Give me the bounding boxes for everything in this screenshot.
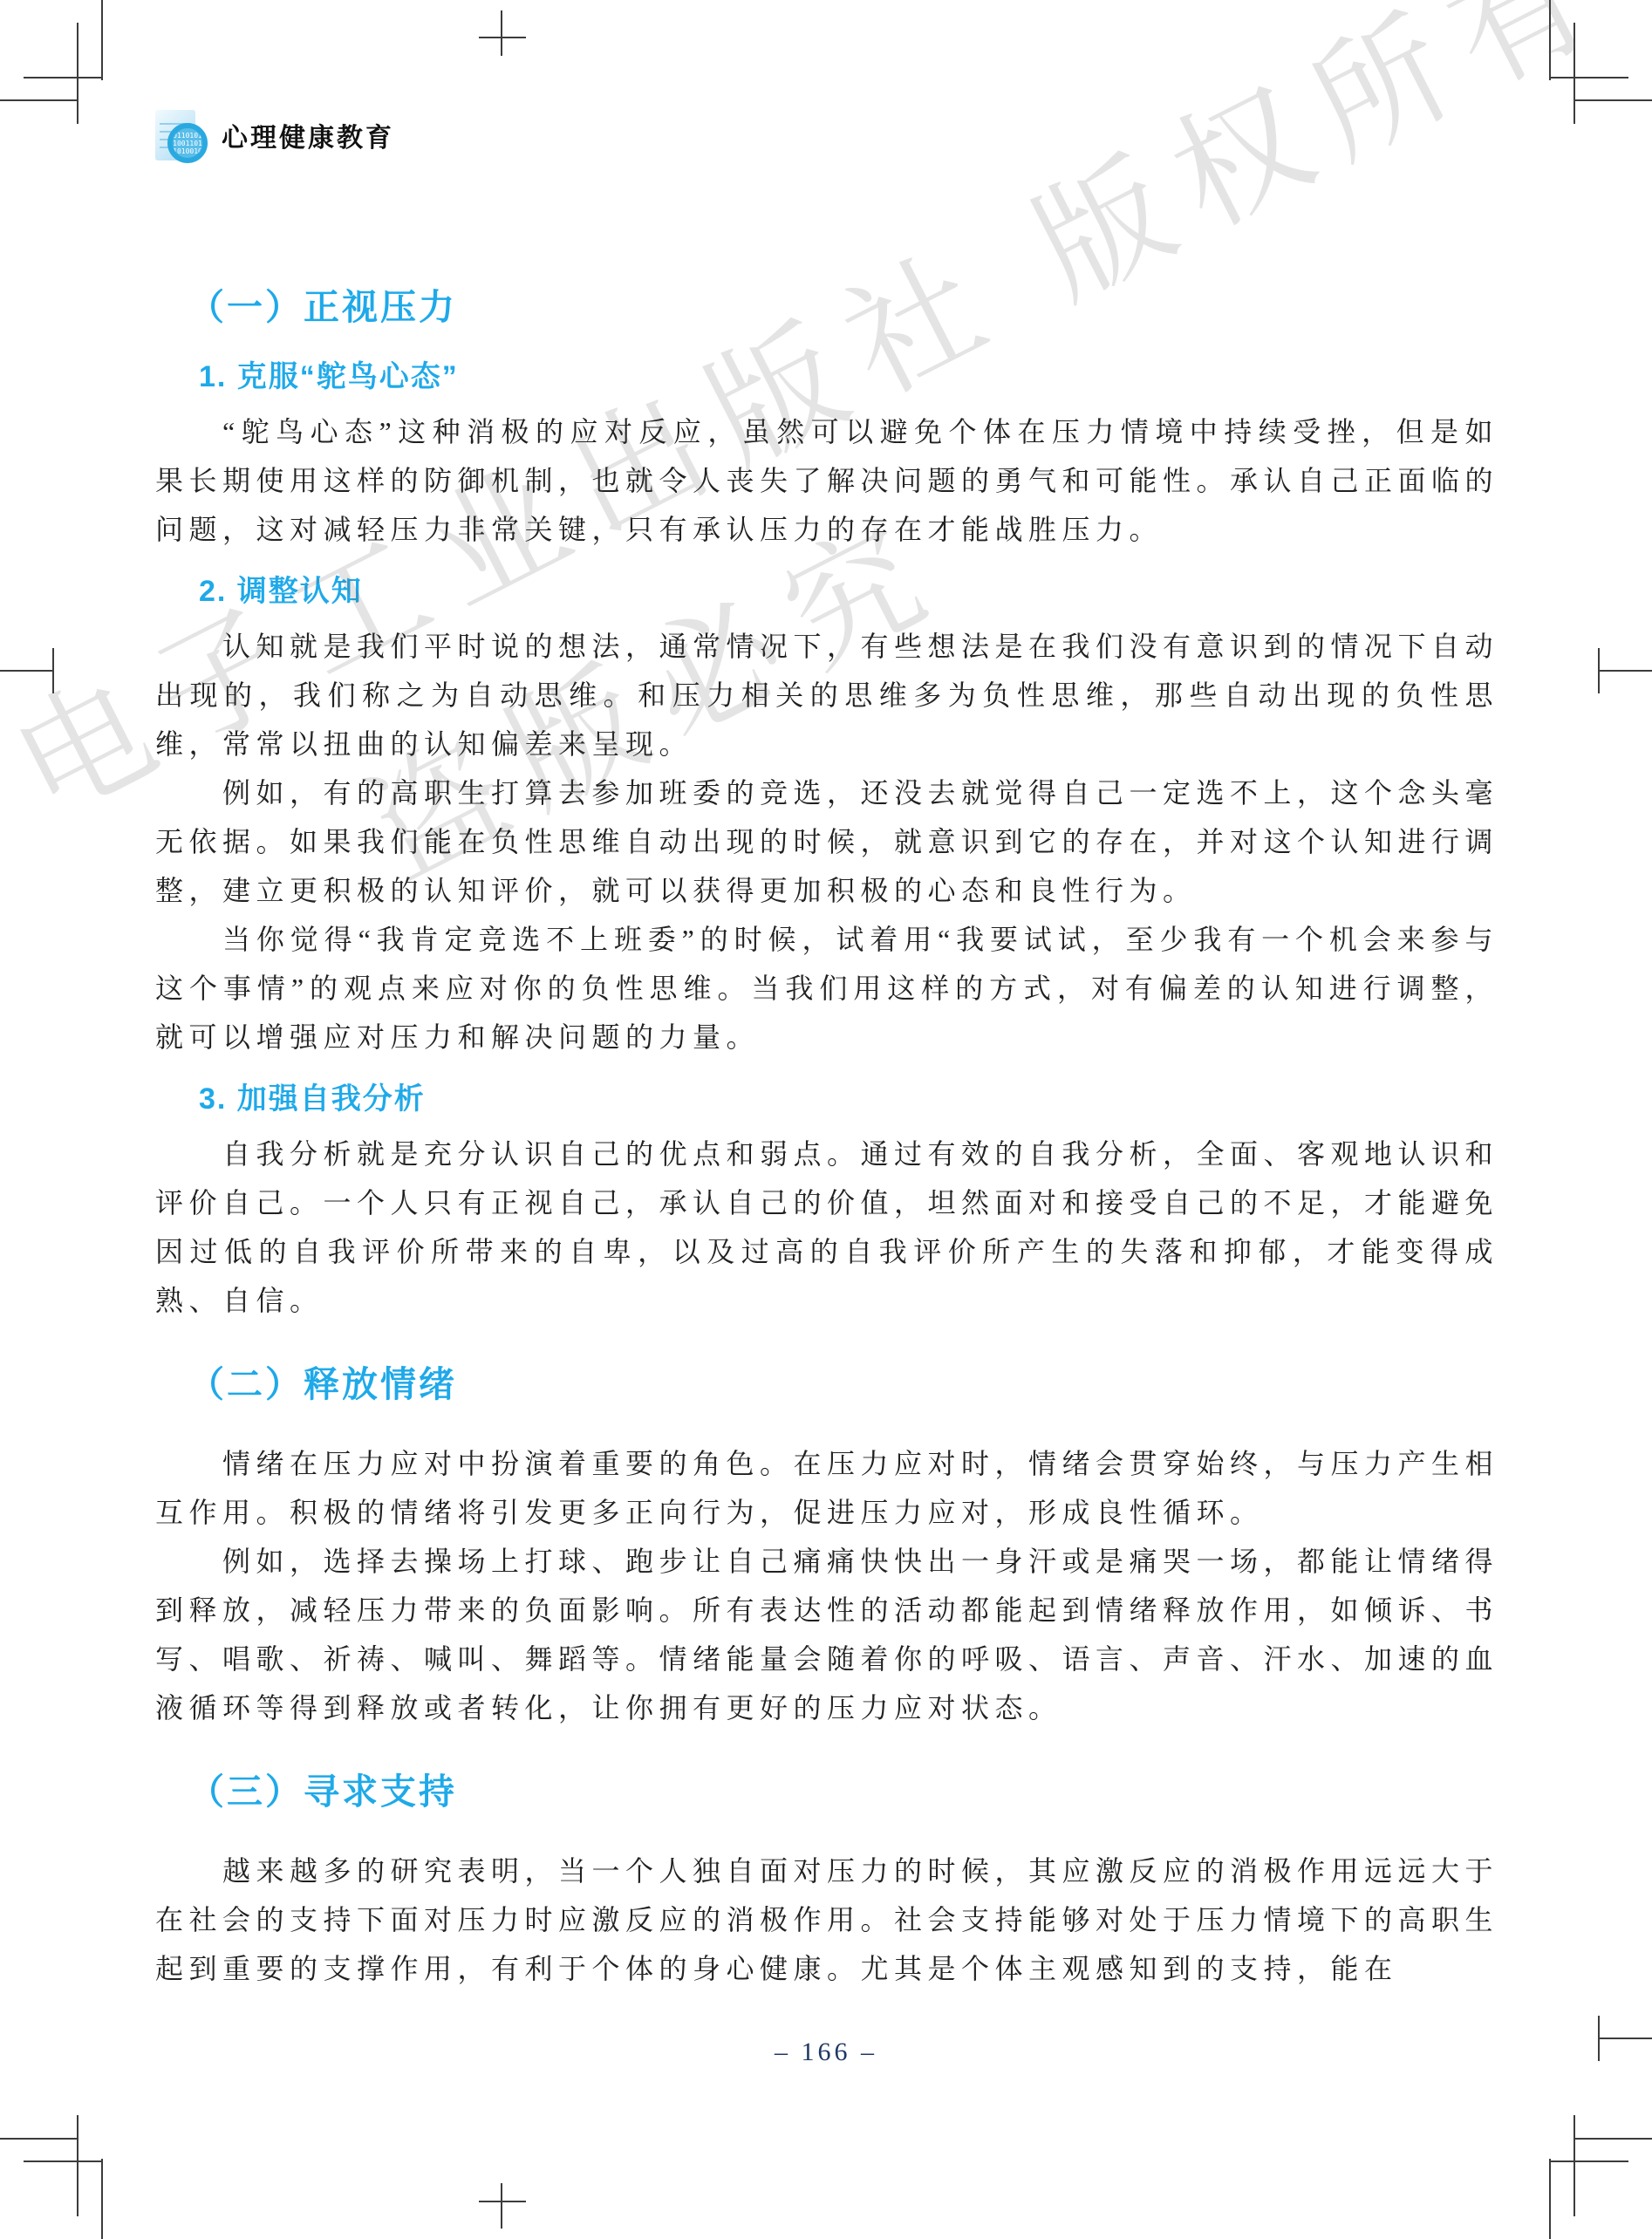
crop-mark [1598,670,1652,672]
crop-mark [77,23,79,124]
page-header: 0110101 1001101 1010010 心理健康教育 [155,110,1498,160]
crop-mark [1573,99,1652,101]
binary-row: 1001101 [173,140,202,147]
crop-mark [24,2160,103,2162]
section-heading-2: （二）释放情绪 [188,1367,1498,1403]
paragraph: 越来越多的研究表明，当一个人独自面对压力的时候，其应激反应的消极作用远远大于在社… [155,1846,1498,1993]
page-content: 0110101 1001101 1010010 心理健康教育 （一）正视压力 1… [155,110,1498,1993]
sub-heading-1-2: 2. 调整认知 [199,577,1498,606]
crop-mark [1573,2115,1575,2216]
paragraph: 例如，有的高职生打算去参加班委的竞选，还没去就觉得自己一定选不上，这个念头毫无依… [155,768,1498,915]
crop-mark [501,10,502,56]
book-page: 电子工业出版社 版权所有 盗版必究 0110101 1001101 101001… [0,0,1652,2239]
crop-mark [479,2201,526,2202]
section-heading-1: （一）正视压力 [188,290,1498,325]
magnifier-icon: 0110101 1001101 1010010 [167,123,208,163]
crop-mark [24,77,103,79]
crop-mark [101,2159,103,2239]
page-number: – 166 – [0,2038,1652,2067]
paragraph: 情绪在压力应对中扮演着重要的角色。在压力应对时，情绪会贯穿始终，与压力产生相互作… [155,1439,1498,1537]
binary-row: 0110101 [173,132,202,140]
paragraph: “鸵鸟心态”这种消极的应对反应，虽然可以避免个体在压力情境中持续受挫，但是如果长… [155,407,1498,554]
paragraph: 当你觉得“我肯定竞选不上班委”的时候，试着用“我要试试，至少我有一个机会来参与这… [155,915,1498,1061]
crop-mark [0,99,79,101]
paragraph: 认知就是我们平时说的想法，通常情况下，有些想法是在我们没有意识到的情况下自动出现… [155,622,1498,768]
crop-mark [1573,23,1575,124]
crop-mark [101,0,103,80]
crop-mark [1549,0,1551,80]
sub-heading-1-1: 1. 克服“鸵鸟心态” [199,362,1498,392]
crop-mark [501,2183,502,2229]
crop-mark [1549,2160,1628,2162]
crop-mark [1549,2159,1551,2239]
header-title: 心理健康教育 [222,116,394,154]
paragraph: 自我分析就是充分认识自己的优点和弱点。通过有效的自我分析，全面、客观地认识和评价… [155,1130,1498,1325]
crop-mark [52,648,54,693]
crop-mark [1573,2138,1652,2140]
textbook-logo-icon: 0110101 1001101 1010010 [155,110,208,160]
paragraph: 例如，选择去操场上打球、跑步让自己痛痛快快出一身汗或是痛哭一场，都能让情绪得到释… [155,1537,1498,1732]
crop-mark [1549,77,1628,79]
binary-row: 1010010 [173,147,202,155]
crop-mark [479,37,526,38]
crop-mark [0,670,54,672]
sub-heading-1-3: 3. 加强自我分析 [199,1084,1498,1114]
crop-mark [1598,648,1600,693]
section-heading-3: （三）寻求支持 [188,1774,1498,1810]
crop-mark [77,2115,79,2216]
crop-mark [0,2138,79,2140]
